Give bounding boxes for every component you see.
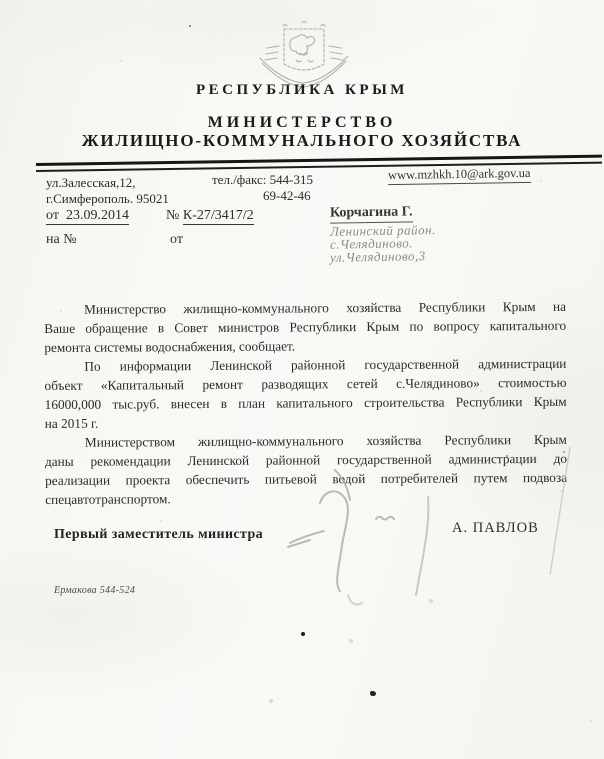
recipient-name: Корчагина Г. (330, 204, 413, 223)
website-address: www.mzhkh.10@ark.gov.ua (388, 166, 531, 185)
ministry-title-line2: ЖИЛИЩНО-КОММУНАЛЬНОГО ХОЗЯЙСТВА (0, 131, 604, 151)
ref-from-label: от (46, 208, 59, 223)
sender-address-line2: г.Симферополь. 95021 (46, 191, 169, 207)
handwritten-signature (260, 445, 480, 645)
ministry-title-line1: МИНИСТЕРСТВО (0, 114, 604, 132)
phone-fax: тел./факс: 544-315 (212, 172, 313, 188)
republic-title: РЕСПУБЛИКА КРЫМ (0, 82, 604, 99)
dust-speck (189, 25, 191, 27)
reply-to-label: на № (46, 232, 77, 248)
phone-secondary: 69-42-46 (263, 188, 311, 204)
ink-speck (301, 632, 305, 636)
stray-pen-stroke (540, 443, 580, 583)
ink-speck (370, 691, 376, 696)
dust-speck (506, 455, 508, 457)
sender-address-line1: ул.Залесская,12, (46, 175, 136, 191)
signatory-position: Первый заместитель министра (54, 527, 263, 543)
recipient-address-line3: ул.Челядиново,3 (330, 248, 426, 266)
outgoing-number: № К-27/3417/2 (166, 208, 254, 224)
ref-date: 23.09.2014 (66, 208, 129, 223)
reply-from-label: от (170, 232, 183, 248)
scanned-letter-page: РЕСПУБЛИКА КРЫМ МИНИСТЕРСТВО ЖИЛИЩНО-КОМ… (0, 0, 604, 759)
outgoing-reference: от 23.09.2014 (46, 208, 129, 224)
dust-speck (563, 451, 565, 453)
ref-number-label: № (166, 208, 179, 223)
body-line: Ваше обращение в Совет министров Республ… (44, 316, 566, 338)
ref-number: К-27/3417/2 (183, 208, 254, 225)
body-line: 16000,000 тыс.руб. внесен в план капитал… (45, 392, 567, 414)
executor-note: Ермакова 544-524 (54, 585, 135, 596)
scan-noise (120, 60, 122, 62)
